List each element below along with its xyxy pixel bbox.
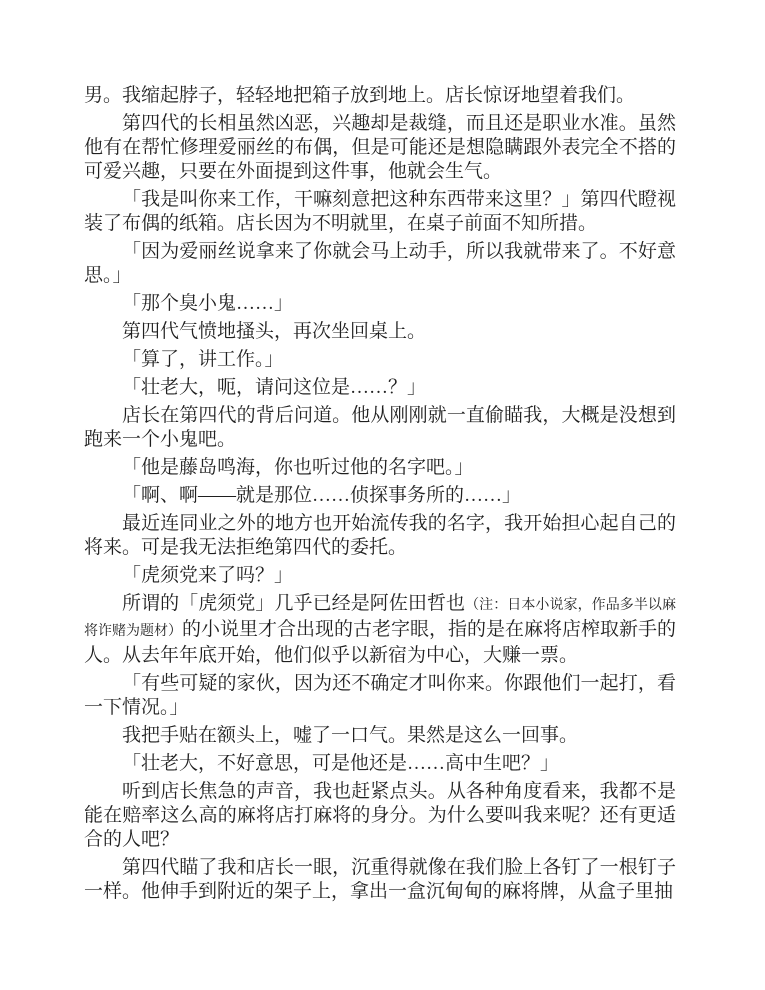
paragraph-with-note: 所谓的「虎须党」几乎已经是阿佐田哲也（注：日本小说家，作品多半以麻将诈赌为题材）…	[84, 592, 676, 668]
paragraph: 「算了，讲工作。」	[84, 348, 676, 372]
page-text: 男。我缩起脖子，轻轻地把箱子放到地上。店长惊讶地望着我们。 第四代的长相虽然凶恶…	[84, 84, 676, 908]
paragraph: 我把手贴在额头上，嘘了一口气。果然是这么一回事。	[84, 724, 676, 748]
paragraph: 店长在第四代的背后问道。他从刚刚就一直偷瞄我，大概是没想到跑来一个小鬼吧。	[84, 404, 676, 452]
paragraph: 最近连同业之外的地方也开始流传我的名字，我开始担心起自己的将来。可是我无法拒绝第…	[84, 512, 676, 560]
paragraph: 「因为爱丽丝说拿来了你就会马上动手，所以我就带来了。不好意思。」	[84, 240, 676, 288]
paragraph-text: 所谓的「虎须党」几乎已经是阿佐田哲也	[122, 593, 465, 614]
paragraph: 「我是叫你来工作，干嘛刻意把这种东西带来这里？」第四代瞪视装了布偶的纸箱。店长因…	[84, 188, 676, 236]
paragraph: 第四代瞄了我和店长一眼，沉重得就像在我们脸上各钉了一根钉子一样。他伸手到附近的架…	[84, 856, 676, 904]
paragraph: 「有些可疑的家伙，因为还不确定才叫你来。你跟他们一起打，看一下情况。」	[84, 672, 676, 720]
paragraph: 第四代气愤地搔头，再次坐回桌上。	[84, 320, 676, 344]
paragraph: 「他是藤岛鸣海，你也听过他的名字吧。」	[84, 456, 676, 480]
paragraph: 第四代的长相虽然凶恶，兴趣却是裁缝，而且还是职业水准。虽然他有在帮忙修理爱丽丝的…	[84, 112, 676, 184]
paragraph: 听到店长焦急的声音，我也赶紧点头。从各种角度看来，我都不是能在赔率这么高的麻将店…	[84, 780, 676, 852]
paragraph: 男。我缩起脖子，轻轻地把箱子放到地上。店长惊讶地望着我们。	[84, 84, 676, 108]
novel-page: 男。我缩起脖子，轻轻地把箱子放到地上。店长惊讶地望着我们。 第四代的长相虽然凶恶…	[0, 0, 765, 990]
paragraph: 「啊、啊——就是那位……侦探事务所的……」	[84, 484, 676, 508]
paragraph: 「那个臭小鬼……」	[84, 292, 676, 316]
paragraph: 「虎须党来了吗？」	[84, 564, 676, 588]
paragraph: 「壮老大，呃，请问这位是……？」	[84, 376, 676, 400]
paragraph: 「壮老大，不好意思，可是他还是……高中生吧？」	[84, 752, 676, 776]
